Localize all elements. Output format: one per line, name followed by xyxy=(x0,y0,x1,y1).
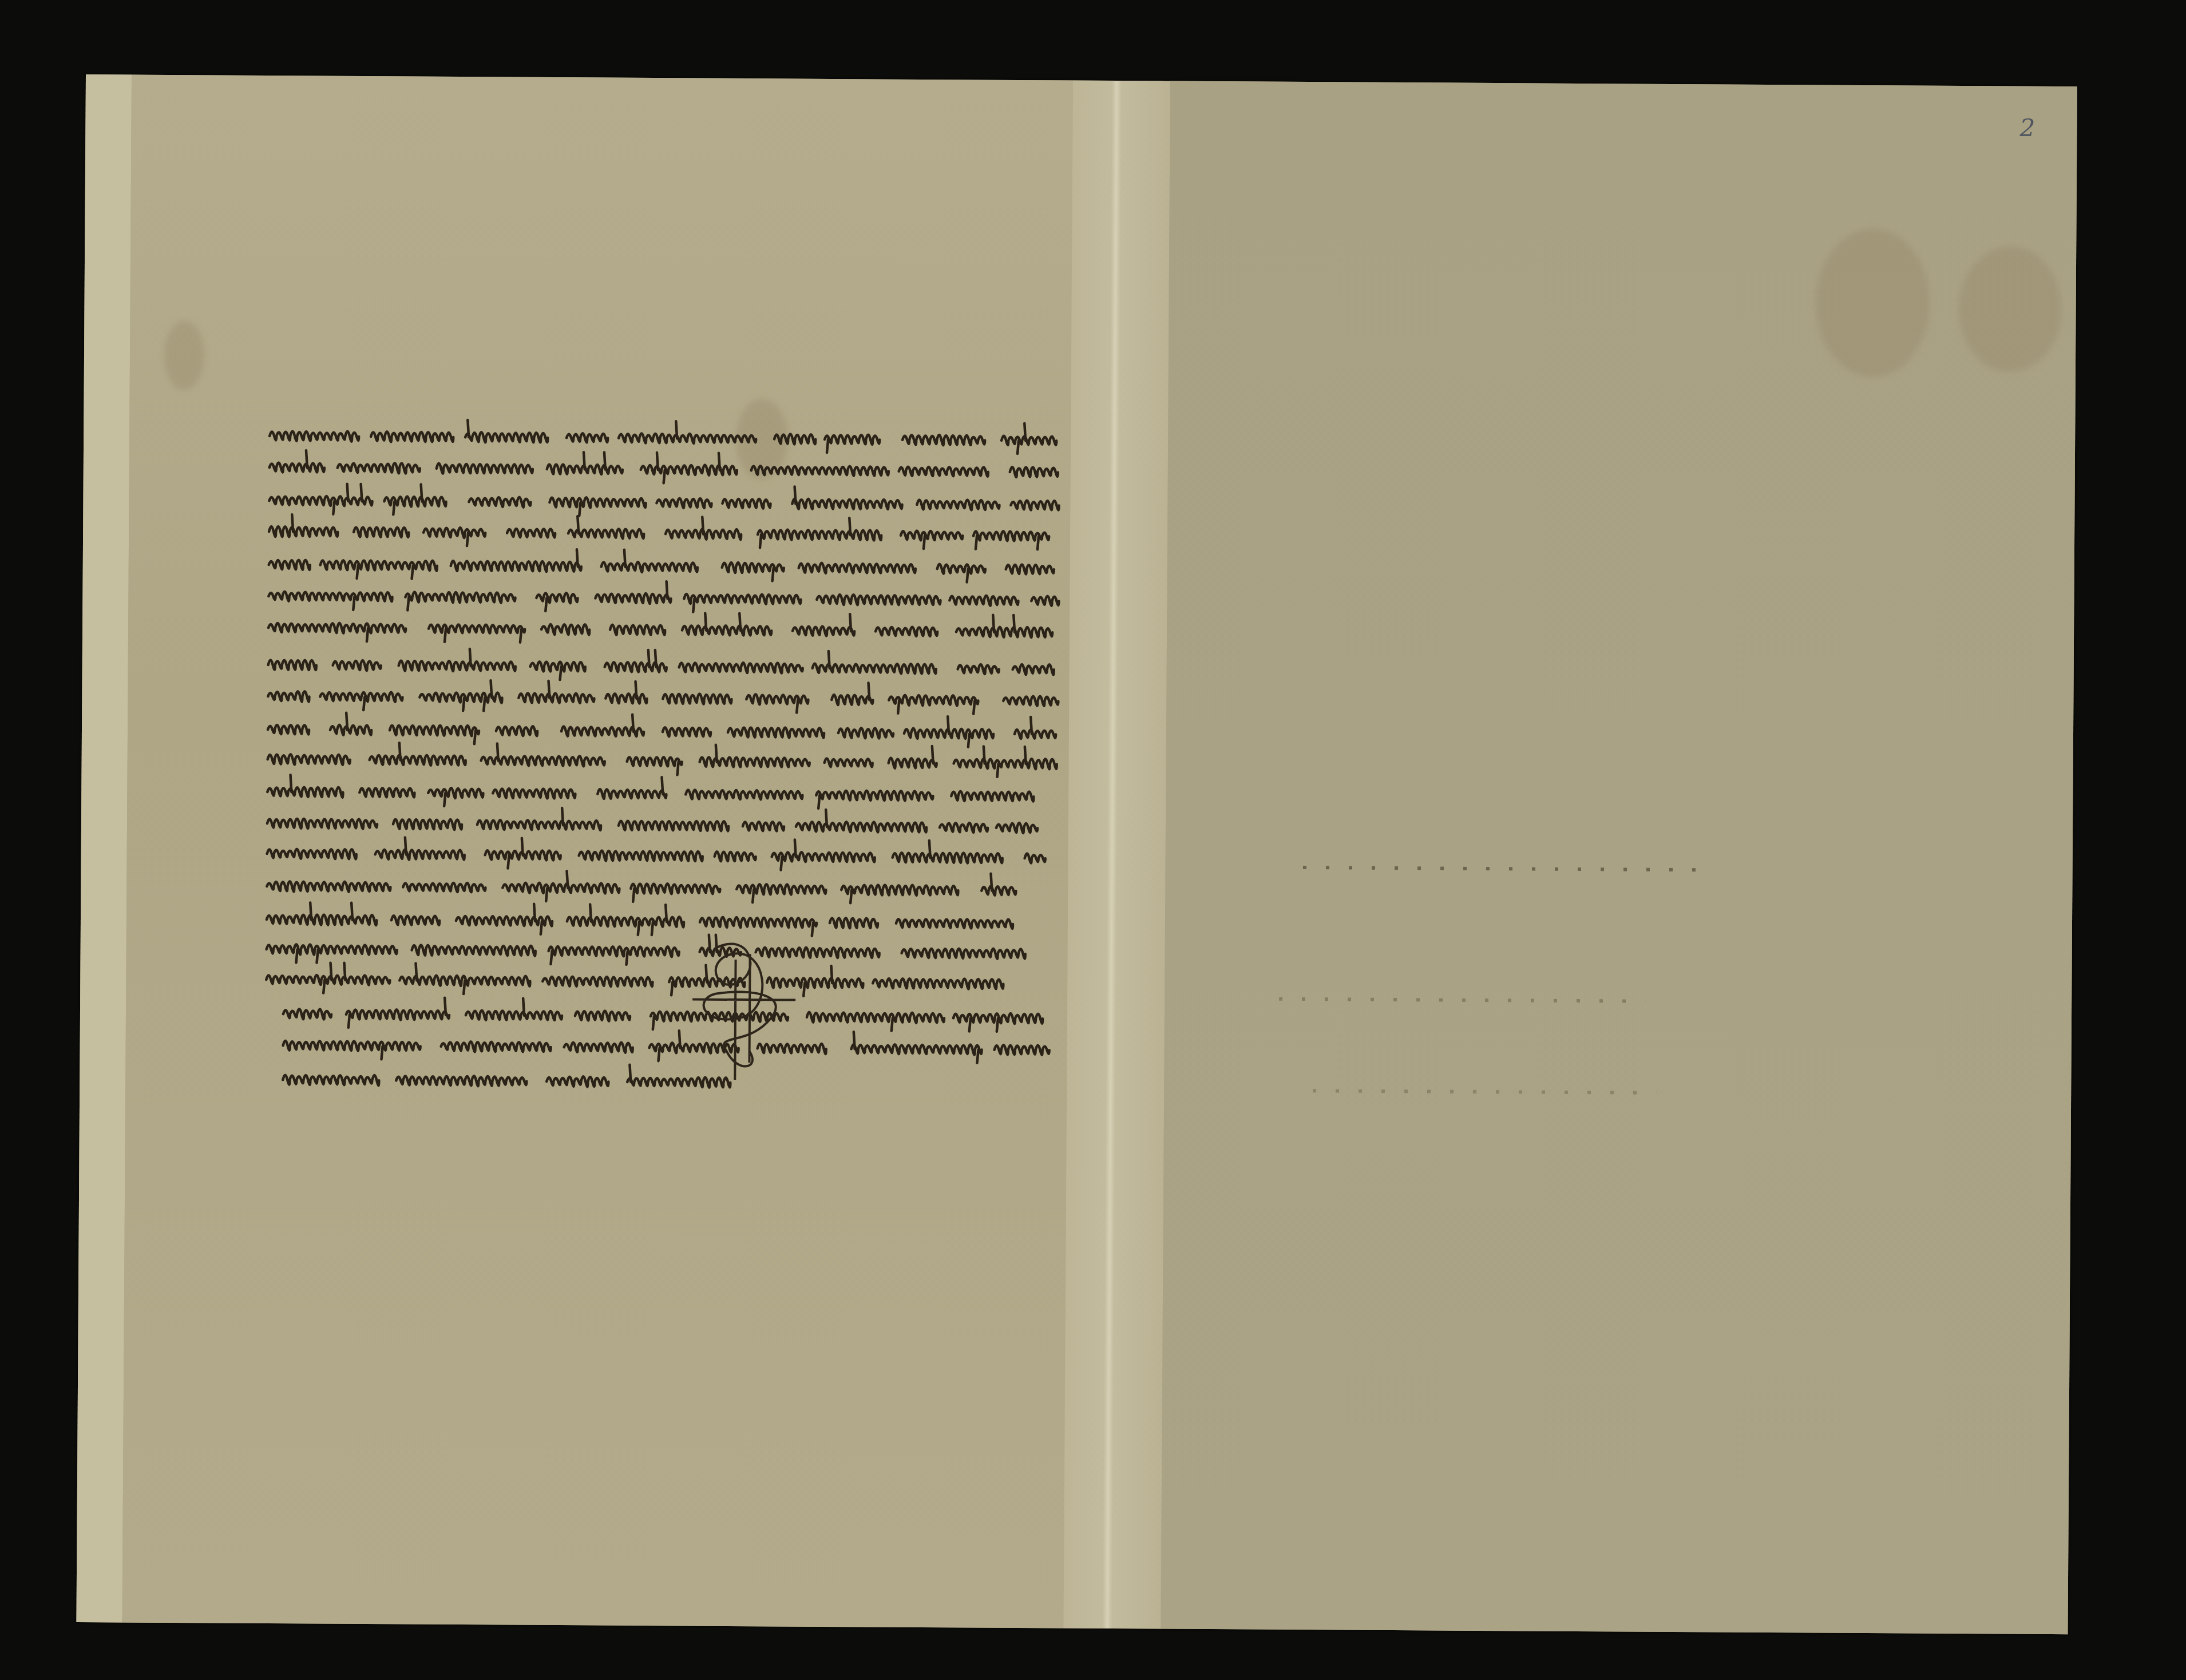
stain xyxy=(1958,246,2062,373)
stain xyxy=(1815,228,1931,377)
handwritten-line: [Georgian handwritten line 9] xyxy=(268,676,1052,715)
center-fold-tape xyxy=(1063,81,1170,1629)
manuscript-spread: 2 [Georgian handwritten line 1][Georgian… xyxy=(76,74,2077,1634)
bleed-through-marks xyxy=(1303,866,1704,871)
handwritten-line: [Georgian handwritten date/closing line] xyxy=(283,1060,729,1097)
right-page xyxy=(1161,81,2077,1635)
handwritten-line: [Georgian handwritten line 4] xyxy=(269,512,1053,550)
handwritten-line: [Georgian handwritten line 7] xyxy=(268,608,1052,647)
bleed-through-marks xyxy=(1313,1089,1656,1095)
bleed-through-marks xyxy=(1279,997,1645,1003)
page-number: 2 xyxy=(2019,114,2035,142)
handwritten-line: [Georgian handwritten line 15] xyxy=(267,866,1011,905)
signature-monogram xyxy=(680,936,807,1085)
handwritten-line: [Georgian handwritten line 18] xyxy=(266,960,1021,999)
stain xyxy=(164,321,205,390)
handwritten-line: [Georgian handwritten line 20] xyxy=(283,1025,1044,1064)
handwritten-line: [Georgian handwritten line 2] xyxy=(270,447,1054,486)
